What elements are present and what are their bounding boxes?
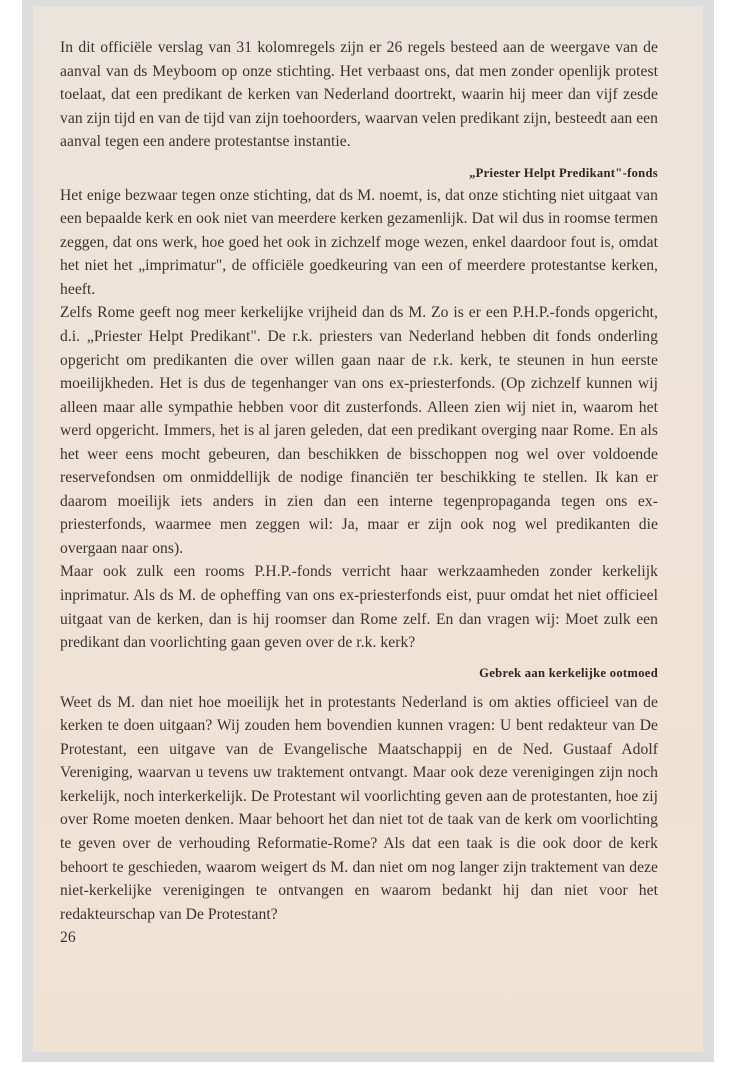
section-heading-ootmoed: Gebrek aan kerkelijke ootmoed [60, 662, 658, 684]
section-1-paragraph-3: Maar ook zulk een rooms P.H.P.-fonds ver… [60, 560, 658, 654]
section-2-paragraph-1: Weet ds M. dan niet hoe moeilijk het in … [60, 691, 658, 926]
intro-paragraph: In dit officiële verslag van 31 kolomreg… [60, 36, 658, 154]
page-number: 26 [60, 926, 658, 950]
section-1-paragraph-2: Zelfs Rome geeft nog meer kerkelijke vri… [60, 301, 658, 560]
page-text: In dit officiële verslag van 31 kolomreg… [60, 36, 658, 950]
section-heading-php-fonds: „Priester Helpt Predikant"-fonds [60, 162, 658, 184]
section-1-paragraph-1: Het enige bezwaar tegen onze stichting, … [60, 184, 658, 302]
